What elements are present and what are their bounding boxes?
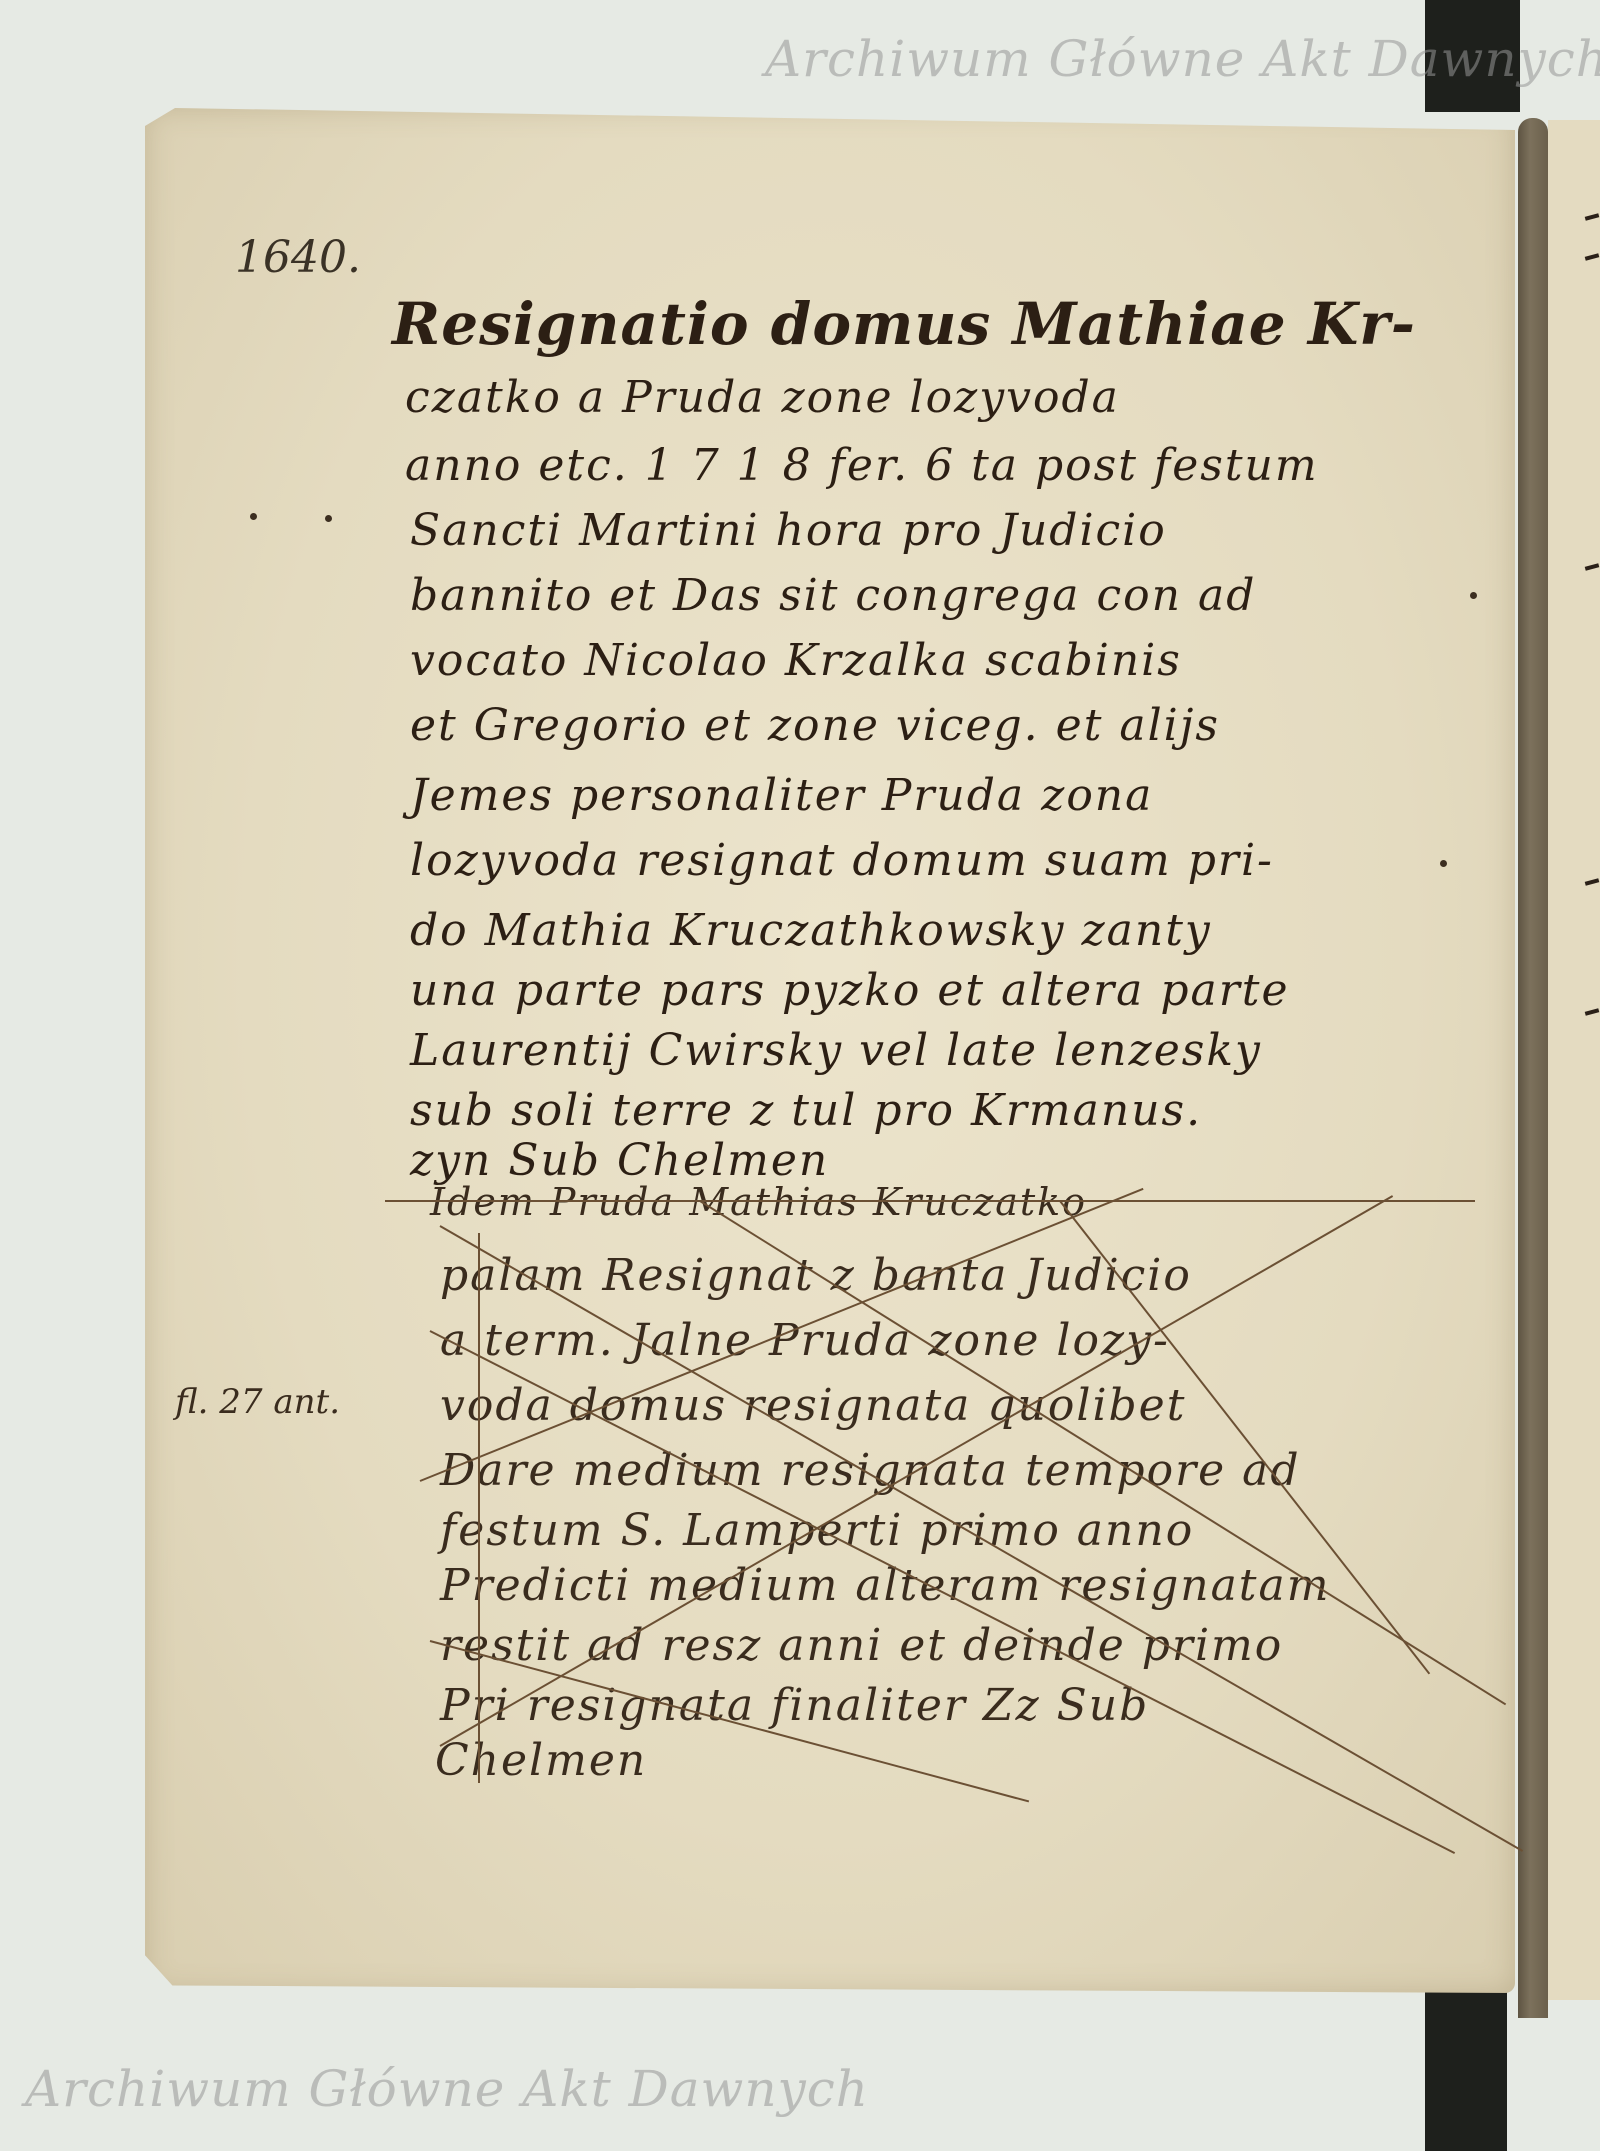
manuscript-line: do Mathia Kruczathkowsky zanty [410, 905, 1212, 956]
cancel-stroke-horizontal [385, 1200, 1475, 1202]
manuscript-line: et Gregorio et zone viceg. et alijs [410, 700, 1220, 751]
manuscript-line: Laurentij Cwirsky vel late lenzesky [410, 1025, 1262, 1076]
cancelled-line: Predicti medium alteram resignatam [440, 1560, 1330, 1611]
manuscript-line: vocato Nicolao Krzalka scabinis [410, 635, 1182, 686]
manuscript-line: una parte pars pyzko et altera parte [410, 965, 1290, 1016]
cancel-stroke-vertical [478, 1233, 480, 1783]
manuscript-line: bannito et Das sit congrega con ad [410, 570, 1256, 621]
manuscript-line: Sancti Martini hora pro Judicio [410, 505, 1167, 556]
cancelled-line: voda domus resignata quolibet [440, 1380, 1186, 1431]
binding-strip-bottom [1425, 1985, 1507, 2151]
cancelled-line: restit ad resz anni et deinde primo [440, 1620, 1283, 1671]
cancelled-line: Idem Pruda Mathias Kruczatko [430, 1180, 1087, 1224]
binding-gutter [1518, 118, 1548, 2018]
margin-dot [1440, 860, 1447, 867]
folio-number: 1640. [235, 232, 361, 283]
cancelled-line: a term. Jalne Pruda zone lozy- [440, 1315, 1170, 1366]
cancelled-line: Chelmen [435, 1735, 647, 1786]
marginal-note: fl. 27 ant. [175, 1382, 340, 1422]
margin-dot [325, 515, 332, 522]
cancelled-line: Pri resignata finaliter Zz Sub [440, 1680, 1149, 1731]
manuscript-line: Jemes personaliter Pruda zona [410, 770, 1153, 821]
manuscript-line: sub soli terre z tul pro Krmanus. [410, 1085, 1202, 1136]
margin-dot [1470, 592, 1477, 599]
watermark-bottom: Archiwum Główne Akt Dawnych [25, 2060, 869, 2118]
manuscript-line: czatko a Pruda zone lozyvoda [405, 372, 1120, 423]
cancelled-line: palam Resignat z banta Judicio [440, 1250, 1192, 1301]
cancelled-line: festum S. Lamperti primo anno [440, 1505, 1194, 1556]
cancelled-line: Dare medium resignata tempore ad [440, 1445, 1301, 1496]
entry-title: Resignatio domus Mathiae Kr- [392, 290, 1416, 358]
manuscript-line: lozyvoda resignat domum suam pri- [410, 835, 1274, 886]
watermark-top: Archiwum Główne Akt Dawnych [765, 30, 1600, 88]
manuscript-line: anno etc. 1 7 1 8 fer. 6 ta post festum [405, 440, 1319, 491]
manuscript-line: zyn Sub Chelmen [410, 1135, 829, 1186]
facing-page-edge [1548, 120, 1600, 2000]
margin-dot [250, 513, 257, 520]
